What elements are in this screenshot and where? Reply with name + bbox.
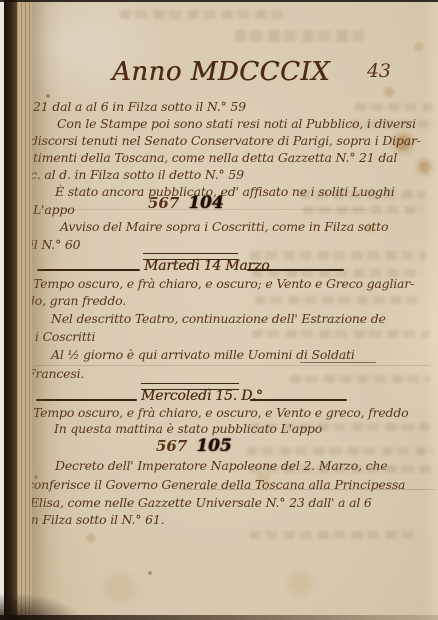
section-rule-right <box>250 399 347 401</box>
journal-line: conferisce il Governo Generale della Tos… <box>27 477 405 492</box>
bottom-left-shadow <box>0 593 80 620</box>
gutter-shadow <box>32 0 48 620</box>
year-heading: Anno MDCCCIX <box>112 57 330 87</box>
register-number: 567105 <box>156 436 232 456</box>
ink-bleedthrough <box>290 375 430 383</box>
journal-line: 21 dal a al 6 in Filza sotto il N.° 59 <box>33 99 246 114</box>
journal-line: È stato ancora pubblicato, ed' affisato … <box>55 184 395 199</box>
ink-bleedthrough <box>235 30 365 42</box>
journal-line: Tempo oscuro, e frà chiaro, e oscuro, e … <box>33 405 408 420</box>
page-right-highlight <box>424 0 438 620</box>
ink-bleedthrough <box>250 251 426 260</box>
ink-bleedthrough <box>252 330 430 338</box>
pen-flourish-underline <box>300 362 376 363</box>
register-number-heavy: 105 <box>196 436 232 456</box>
journal-line: Tempo oscuro, e frà chiaro, e oscuro; e … <box>33 276 414 291</box>
section-rule-right <box>247 269 344 271</box>
ink-bleedthrough <box>250 531 420 539</box>
ink-bleedthrough <box>355 103 435 111</box>
folio-number: 43 <box>367 60 391 82</box>
register-number-light: 567 <box>156 437 187 455</box>
journal-line: discorsi tenuti nel Senato Conservatore … <box>30 133 421 148</box>
photo-top-edge <box>0 0 438 2</box>
ink-bleedthrough <box>120 10 290 19</box>
journal-line: Al ½ giorno è qui arrivato mille Uomini … <box>51 347 355 362</box>
journal-line: Decreto dell' Imperatore Napoleone del 2… <box>55 458 388 473</box>
journal-line: Avviso del Maire sopra i Coscritti, come… <box>60 219 388 234</box>
journal-line: Elisa, come nelle Gazzette Universale N.… <box>30 495 372 510</box>
book-binding-edge <box>4 0 17 620</box>
ink-bleedthrough <box>303 206 423 214</box>
journal-line: c. al d. in Filza sotto il detto N.° 59 <box>30 167 244 182</box>
section-rule-left <box>36 399 137 401</box>
journal-line: timenti della Toscana, come nella detta … <box>33 150 397 165</box>
register-number-heavy: 104 <box>188 193 224 213</box>
entry-date-heading: Martedì 14 Marzo <box>144 258 269 274</box>
register-number: 567104 <box>148 193 224 213</box>
register-number-light: 567 <box>148 194 179 212</box>
journal-line: Nel descritto Teatro, continuazione dell… <box>51 311 386 326</box>
journal-line: Con le Stampe poi sono stati resi noti a… <box>57 116 416 131</box>
ink-bleedthrough <box>246 447 434 455</box>
section-rule-left <box>37 269 140 271</box>
entry-date-heading: Mercoledì 15. D.° <box>141 388 263 404</box>
manuscript-page-photo: Anno MDCCCIX 43 21 dal a al 6 in Filza s… <box>0 0 438 620</box>
ink-bleedthrough <box>255 296 425 304</box>
journal-line: In questa mattina è stato pubblicato L'a… <box>54 421 322 436</box>
bleedthrough-rule <box>35 365 430 366</box>
page-stack-edge <box>17 0 32 620</box>
